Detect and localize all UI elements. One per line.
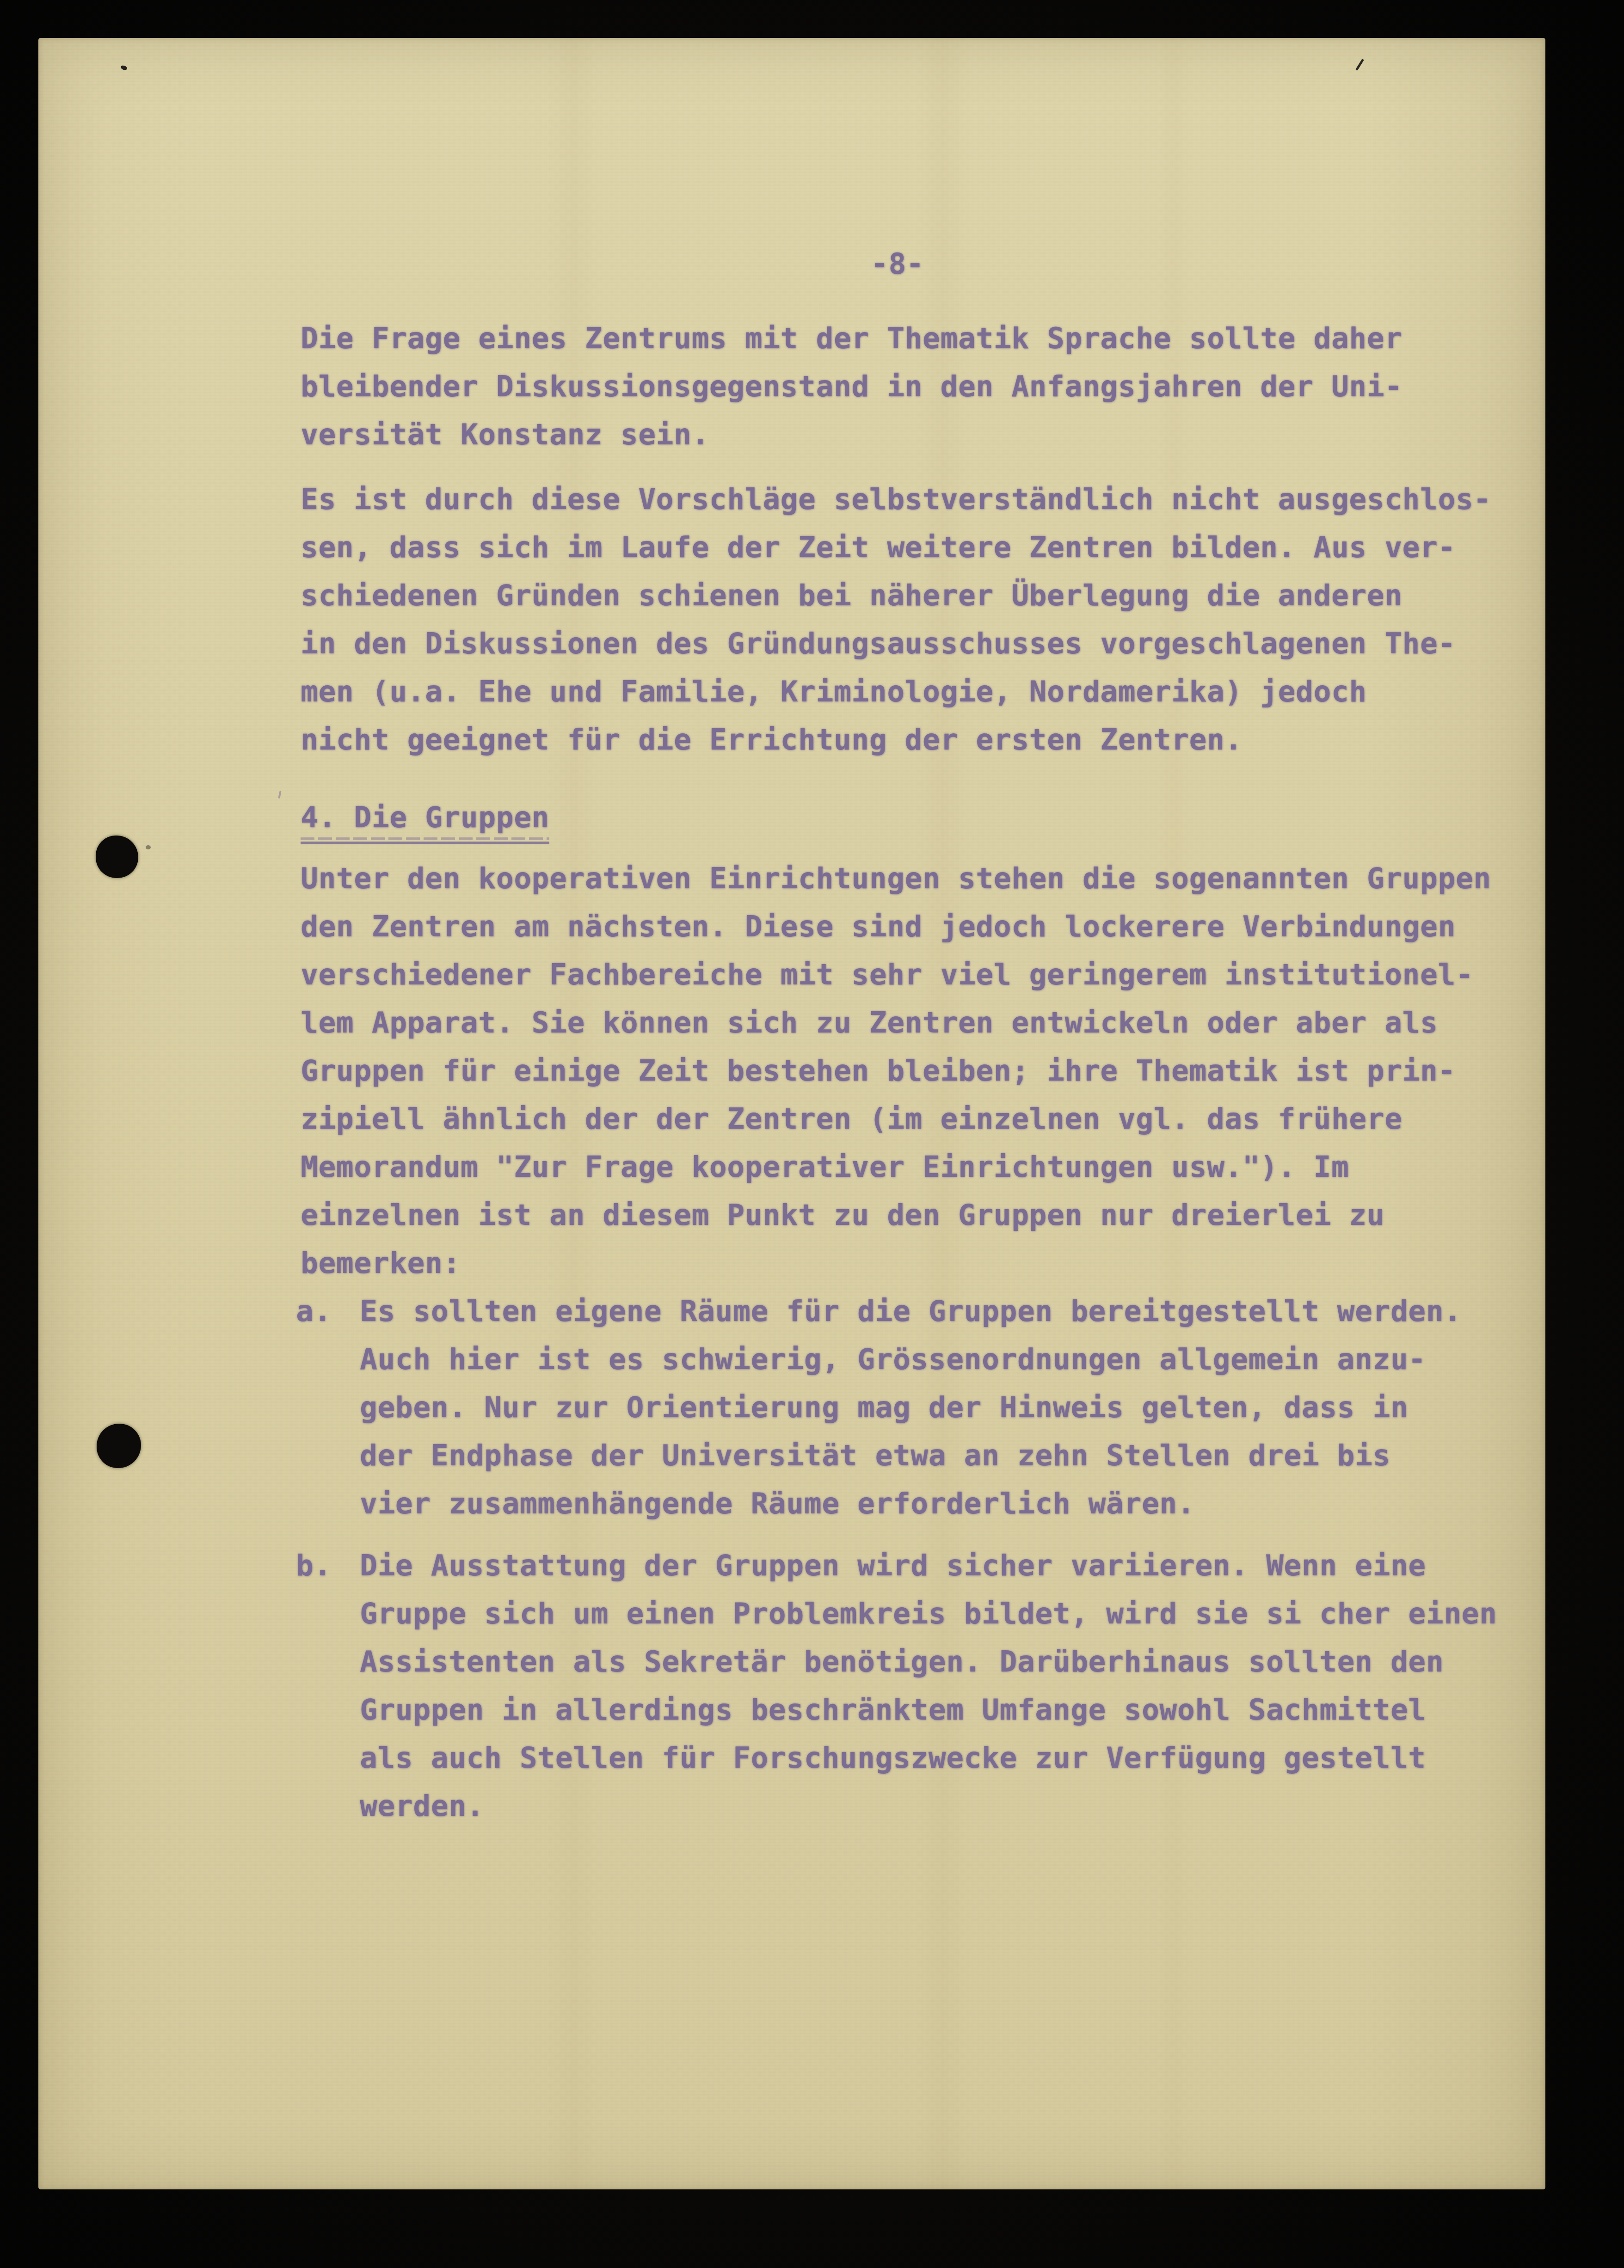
text-line: Unter den kooperativen Einrichtungen ste… xyxy=(301,854,1521,903)
text-line: werden. xyxy=(360,1782,1521,1830)
text-line: Es ist durch diese Vorschläge selbstvers… xyxy=(301,475,1521,523)
text-line: Gruppen für einige Zeit bestehen bleiben… xyxy=(301,1047,1521,1095)
text-line: Gruppen in allerdings beschränktem Umfan… xyxy=(360,1686,1521,1734)
hole-punch-top xyxy=(96,836,138,878)
paragraph: Die Frage eines Zentrums mit der Themati… xyxy=(301,314,1521,459)
text-line: Es sollten eigene Räume für die Gruppen … xyxy=(360,1287,1521,1335)
text-line: in den Diskussionen des Gründungsausschu… xyxy=(301,620,1521,668)
text-line: als auch Stellen für Forschungszwecke zu… xyxy=(360,1734,1521,1782)
text-line: Assistenten als Sekretär benötigen. Darü… xyxy=(360,1638,1521,1686)
text-line: bleibender Diskussionsgegenstand in den … xyxy=(301,363,1521,411)
paragraph: Es ist durch diese Vorschläge selbstvers… xyxy=(301,475,1521,764)
paper: -8- Die Frage eines Zentrums mit der The… xyxy=(38,38,1545,2189)
list-marker: a. xyxy=(296,1287,332,1335)
text-line: schiedenen Gründen schienen bei näherer … xyxy=(301,572,1521,620)
list-item: b.Die Ausstattung der Gruppen wird siche… xyxy=(301,1542,1521,1830)
ink-speck xyxy=(146,845,151,849)
text-line: geben. Nur zur Orientierung mag der Hinw… xyxy=(360,1383,1521,1432)
text-line: Die Frage eines Zentrums mit der Themati… xyxy=(301,314,1521,363)
page-number: -8- xyxy=(871,247,924,281)
section-heading: 4. Die Gruppen xyxy=(301,793,1521,842)
text-line: sen, dass sich im Laufe der Zeit weitere… xyxy=(301,523,1521,572)
ink-speck xyxy=(120,65,128,71)
text-line: versität Konstanz sein. xyxy=(301,411,1521,459)
text-line: Die Ausstattung der Gruppen wird sicher … xyxy=(360,1542,1521,1590)
text-line: zipiell ähnlich der der Zentren (im einz… xyxy=(301,1095,1521,1143)
document-text: Die Frage eines Zentrums mit der Themati… xyxy=(301,314,1521,1830)
text-line: den Zentren am nächsten. Diese sind jedo… xyxy=(301,903,1521,951)
section-heading-text: 4. Die Gruppen xyxy=(301,800,549,844)
text-line: Gruppe sich um einen Problemkreis bildet… xyxy=(360,1590,1521,1638)
ink-speck xyxy=(278,791,281,799)
text-line: verschiedener Fachbereiche mit sehr viel… xyxy=(301,951,1521,999)
hole-punch-bottom xyxy=(97,1424,141,1468)
text-line: Memorandum "Zur Frage kooperativer Einri… xyxy=(301,1143,1521,1191)
text-line: der Endphase der Universität etwa an zeh… xyxy=(360,1432,1521,1480)
text-line: vier zusammenhängende Räume erforderlich… xyxy=(360,1480,1521,1528)
text-line: einzelnen ist an diesem Punkt zu den Gru… xyxy=(301,1191,1521,1239)
paragraph: Unter den kooperativen Einrichtungen ste… xyxy=(301,854,1521,1287)
list-marker: b. xyxy=(296,1542,332,1590)
list-item: a.Es sollten eigene Räume für die Gruppe… xyxy=(301,1287,1521,1528)
ink-speck xyxy=(1355,59,1364,71)
text-line: lem Apparat. Sie können sich zu Zentren … xyxy=(301,999,1521,1047)
text-line: nicht geeignet für die Errichtung der er… xyxy=(301,716,1521,764)
text-line: bemerken: xyxy=(301,1239,1521,1287)
scan-background: -8- Die Frage eines Zentrums mit der The… xyxy=(0,0,1624,2268)
text-line: Auch hier ist es schwierig, Grössenordnu… xyxy=(360,1335,1521,1383)
text-line: men (u.a. Ehe und Familie, Kriminologie,… xyxy=(301,668,1521,716)
